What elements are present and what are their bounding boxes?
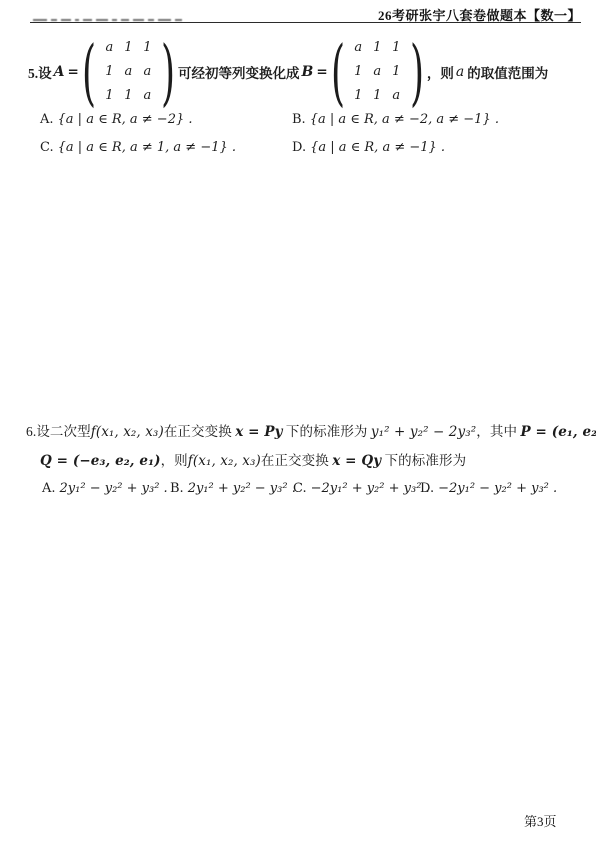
q6-s3: 在正交变换	[164, 424, 232, 439]
option-formula: −2y₁² + y₂² + y₃² .	[311, 481, 430, 496]
q5-tail-2: 的取值范围为	[467, 62, 548, 82]
q5-tail-1: ，则	[427, 62, 454, 82]
question-6-stem-line-2: Q = (−e₃, e₂, e₁)，则f(x₁, x₂, x₃)在正交变换 x …	[40, 449, 466, 469]
q6-option-c: C.−2y₁² + y₂² + y₃² .	[293, 480, 430, 496]
matrix-cell: 1	[387, 38, 406, 57]
q6-option-d: D.−2y₁² − y₂² + y₃² .	[420, 480, 557, 496]
q5-equals-b: =	[316, 64, 327, 80]
option-label: A.	[40, 112, 54, 127]
q5-middle-text: 可经初等列变换化成	[178, 62, 300, 82]
option-formula: {a | a ∈ R, a ≠ −1} .	[310, 140, 445, 155]
q6-t4: 在正交变换	[261, 453, 329, 468]
option-formula: {a | a ∈ R, a ≠ −2, a ≠ −1} .	[310, 112, 499, 127]
q5-option-c: C.{a | a ∈ R, a ≠ 1, a ≠ −1} .	[40, 139, 236, 155]
option-label: C.	[40, 140, 54, 155]
document-page: 26考研张宇八套卷做题本【数一】 5.设 A = ( a 1 1 1 a a 1…	[0, 0, 596, 842]
matrix-cell: a	[119, 62, 138, 81]
paren-close-icon: )	[410, 35, 424, 109]
q6-t3: f(x₁, x₂, x₃)	[188, 453, 261, 469]
matrix-a-grid: a 1 1 1 a a 1 1 a	[100, 38, 157, 105]
q6-option-b: B.2y₁² + y₂² − y₃² .	[170, 480, 296, 496]
option-formula: 2y₁² − y₂² + y₃² .	[60, 481, 168, 496]
matrix-cell: a	[349, 38, 368, 57]
matrix-cell: a	[138, 86, 157, 105]
q5-equals-a: =	[68, 64, 79, 80]
q6-s8: P = (e₁, e₂, e₃)	[520, 424, 596, 440]
q5-option-d: D.{a | a ∈ R, a ≠ −1} .	[292, 139, 445, 155]
matrix-cell: 1	[368, 86, 387, 105]
q6-s4: x = Py	[235, 424, 282, 440]
matrix-cell: 1	[368, 38, 387, 57]
q6-s7: ，其中	[476, 424, 517, 439]
q6-t5: x = Qy	[332, 453, 381, 469]
option-formula: {a | a ∈ R, a ≠ 1, a ≠ −1} .	[58, 140, 236, 155]
q5-option-a: A.{a | a ∈ R, a ≠ −2} .	[40, 111, 193, 127]
q6-s1: 6.设二次型	[26, 424, 91, 439]
matrix-b-grid: a 1 1 1 a 1 1 1 a	[349, 38, 406, 105]
option-formula: −2y₁² − y₂² + y₃² .	[438, 481, 557, 496]
header-smudge	[33, 17, 208, 21]
q6-s5: 下的标准形为	[286, 424, 368, 439]
paren-close-icon: )	[161, 35, 175, 109]
matrix-cell: a	[387, 86, 406, 105]
matrix-cell: 1	[119, 38, 138, 57]
matrix-b: ( a 1 1 1 a 1 1 1 a )	[329, 35, 426, 109]
q5-matrix-b-symbol: B	[302, 64, 314, 80]
matrix-cell: a	[368, 62, 387, 81]
option-label: A.	[42, 481, 56, 496]
matrix-cell: 1	[138, 38, 157, 57]
matrix-cell: a	[138, 62, 157, 81]
q6-s2: f(x₁, x₂, x₃)	[91, 424, 164, 440]
q5-prefix: 5.设	[28, 62, 52, 82]
q6-option-a: A.2y₁² − y₂² + y₃² .	[42, 480, 168, 496]
option-formula: 2y₁² + y₂² − y₃² .	[188, 481, 296, 496]
q5-matrix-a-symbol: A	[54, 64, 65, 80]
option-label: B.	[292, 112, 306, 127]
q6-s6: y₁² + y₂² − 2y₃²	[371, 424, 476, 440]
matrix-cell: 1	[100, 86, 119, 105]
q6-t6: 下的标准形为	[385, 453, 467, 468]
matrix-cell: 1	[100, 62, 119, 81]
matrix-cell: 1	[387, 62, 406, 81]
option-label: C.	[293, 481, 307, 496]
matrix-cell: 1	[349, 62, 368, 81]
q5-option-b: B.{a | a ∈ R, a ≠ −2, a ≠ −1} .	[292, 111, 499, 127]
header-rule	[30, 22, 581, 23]
question-5-stem: 5.设 A = ( a 1 1 1 a a 1 1 a ) 可经初等列变换化成 …	[28, 33, 548, 110]
q6-t1: Q = (−e₃, e₂, e₁)	[40, 453, 161, 469]
matrix-cell: 1	[119, 86, 138, 105]
option-label: D.	[292, 140, 306, 155]
option-label: B.	[170, 481, 184, 496]
question-6-stem-line-1: 6.设二次型f(x₁, x₂, x₃)在正交变换 x = Py 下的标准形为 y…	[26, 420, 596, 440]
matrix-cell: a	[100, 38, 119, 57]
q5-tail-var: a	[456, 64, 464, 80]
page-number: 第3页	[524, 811, 557, 830]
matrix-a: ( a 1 1 1 a a 1 1 a )	[80, 35, 177, 109]
option-label: D.	[420, 481, 434, 496]
paren-open-icon: (	[331, 35, 345, 109]
matrix-cell: 1	[349, 86, 368, 105]
paren-open-icon: (	[82, 35, 96, 109]
q6-t2: ，则	[161, 453, 188, 468]
option-formula: {a | a ∈ R, a ≠ −2} .	[58, 112, 193, 127]
